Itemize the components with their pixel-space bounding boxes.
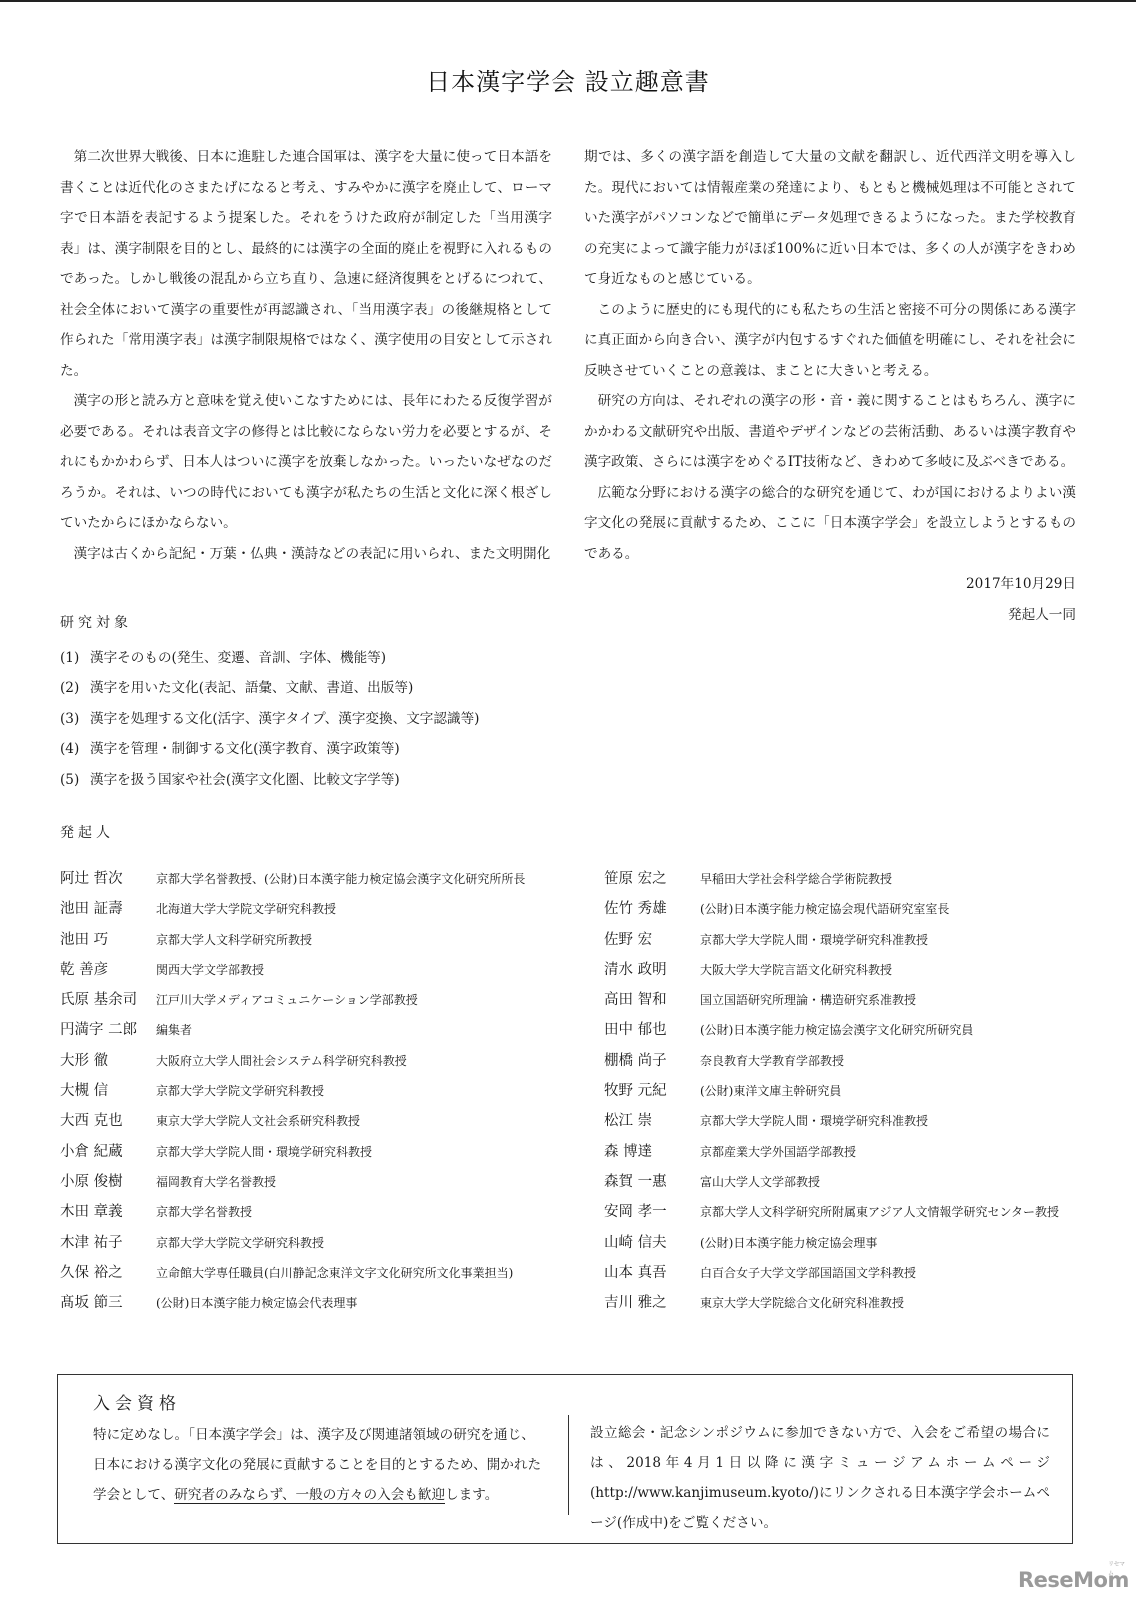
founder-row: 小倉 紀蔵京都大学大学院人間・環境学研究科教授: [60, 1137, 525, 1167]
founder-affiliation: 東京大学大学院人文社会系研究科教授: [156, 1114, 360, 1128]
founder-name: 佐野 宏: [604, 925, 700, 955]
founder-row: 大形 徹大阪府立大学人間社会システム科学研究科教授: [60, 1046, 525, 1076]
founder-affiliation: 白百合女子大学文学部国語国文学科教授: [700, 1266, 916, 1280]
membership-application-text: 設立総会・記念シンポジウムに参加できない方で、入会をご希望の場合には、2018年…: [590, 1418, 1050, 1538]
founder-row: 吉川 雅之東京大学大学院総合文化研究科准教授: [604, 1288, 1059, 1318]
founder-row: 田中 郁也(公財)日本漢字能力検定協会漢字文化研究所研究員: [604, 1015, 1059, 1045]
founder-name: 氏原 基余司: [60, 985, 156, 1015]
founder-affiliation: 編集者: [156, 1023, 192, 1037]
founder-name: 髙坂 節三: [60, 1288, 156, 1318]
founder-name: 阿辻 哲次: [60, 864, 156, 894]
founder-affiliation: (公財)日本漢字能力検定協会理事: [700, 1236, 877, 1250]
founder-affiliation: 京都産業大学外国語学部教授: [700, 1145, 856, 1159]
membership-box: 入会資格 特に定めなし。「日本漢字学会」は、漢字及び関連諸領域の研究を通じ、日本…: [57, 1374, 1073, 1544]
founder-name: 牧野 元紀: [604, 1076, 700, 1106]
research-target-item: (1)漢字そのもの(発生、変遷、音訓、字体、機能等): [60, 643, 479, 673]
founder-affiliation: 京都大学大学院人間・環境学研究科准教授: [700, 933, 928, 947]
founder-row: 棚橋 尚子奈良教育大学教育学部教授: [604, 1046, 1059, 1076]
founder-name: 大西 克也: [60, 1106, 156, 1136]
founder-name: 池田 巧: [60, 925, 156, 955]
founder-name: 大槻 信: [60, 1076, 156, 1106]
founder-name: 大形 徹: [60, 1046, 156, 1076]
founder-row: 木田 章義京都大学名誉教授: [60, 1197, 525, 1227]
founder-affiliation: (公財)日本漢字能力検定協会漢字文化研究所研究員: [700, 1023, 973, 1037]
founder-row: 牧野 元紀(公財)東洋文庫主幹研究員: [604, 1076, 1059, 1106]
founder-affiliation: 早稲田大学社会科学総合学術院教授: [700, 872, 892, 886]
membership-eligibility-text: 特に定めなし。「日本漢字学会」は、漢字及び関連諸領域の研究を通じ、日本における漢…: [93, 1420, 548, 1510]
item-number: (4): [60, 734, 90, 764]
founder-row: 大槻 信京都大学大学院文学研究科教授: [60, 1076, 525, 1106]
prospectus-paragraph: 漢字の形と読み方と意味を覚え使いこなすためには、長年にわたる反復学習が必要である…: [60, 386, 552, 539]
founder-row: 大西 克也東京大学大学院人文社会系研究科教授: [60, 1106, 525, 1136]
founder-affiliation: 京都大学大学院人間・環境学研究科教授: [156, 1145, 372, 1159]
founder-affiliation: 江戸川大学メディアコミュニケーション学部教授: [156, 993, 418, 1007]
founder-affiliation: 京都大学人文科学研究所教授: [156, 933, 312, 947]
membership-heading: 入会資格: [93, 1389, 181, 1414]
founder-affiliation: 京都大学名誉教授: [156, 1205, 252, 1219]
founder-row: 阿辻 哲次京都大学名誉教授、(公財)日本漢字能力検定協会漢字文化研究所所長: [60, 864, 525, 894]
founder-row: 佐野 宏京都大学大学院人間・環境学研究科准教授: [604, 925, 1059, 955]
resemom-logo: ReseMom リセマム: [1018, 1568, 1129, 1592]
founder-affiliation: 福岡教育大学名誉教授: [156, 1175, 276, 1189]
prospectus-paragraph: 漢字は古くから記紀・万葉・仏典・漢詩などの表記に用いられ、また文明開化: [60, 539, 552, 570]
founder-affiliation: 京都大学大学院人間・環境学研究科准教授: [700, 1114, 928, 1128]
founder-row: 笹原 宏之早稲田大学社会科学総合学術院教授: [604, 864, 1059, 894]
research-targets-heading: 研究対象: [60, 612, 132, 632]
prospectus-right-column: 期では、多くの漢字語を創造して大量の文献を翻訳し、近代西洋文明を導入した。現代に…: [584, 142, 1076, 630]
research-targets-list: (1)漢字そのもの(発生、変遷、音訓、字体、機能等) (2)漢字を用いた文化(表…: [60, 643, 479, 795]
founder-affiliation: 北海道大学大学院文学研究科教授: [156, 902, 336, 916]
founder-name: 高田 智和: [604, 985, 700, 1015]
item-text: 漢字を扱う国家や社会(漢字文化圏、比較文字学等): [90, 772, 400, 788]
founder-affiliation: 東京大学大学院総合文化研究科准教授: [700, 1296, 904, 1310]
founder-row: 円満字 二郎編集者: [60, 1015, 525, 1045]
founder-name: 小倉 紀蔵: [60, 1137, 156, 1167]
founder-affiliation: 大阪大学大学院言語文化研究科教授: [700, 963, 892, 977]
founder-affiliation: 京都大学大学院文学研究科教授: [156, 1236, 324, 1250]
founders-right-list: 笹原 宏之早稲田大学社会科学総合学術院教授 佐竹 秀雄(公財)日本漢字能力検定協…: [604, 864, 1059, 1318]
founder-name: 森賀 一惠: [604, 1167, 700, 1197]
founder-name: 笹原 宏之: [604, 864, 700, 894]
item-text: 漢字そのもの(発生、変遷、音訓、字体、機能等): [90, 650, 386, 666]
founder-name: 安岡 孝一: [604, 1197, 700, 1227]
founder-name: 佐竹 秀雄: [604, 894, 700, 924]
founder-name: 棚橋 尚子: [604, 1046, 700, 1076]
logo-ruby: リセマム: [1108, 1559, 1129, 1577]
item-number: (3): [60, 704, 90, 734]
founder-affiliation: 大阪府立大学人間社会システム科学研究科教授: [156, 1054, 407, 1068]
founder-row: 氏原 基余司江戸川大学メディアコミュニケーション学部教授: [60, 985, 525, 1015]
prospectus-date: 2017年10月29日: [584, 569, 1076, 600]
founder-row: 髙坂 節三(公財)日本漢字能力検定協会代表理事: [60, 1288, 525, 1318]
research-target-item: (4)漢字を管理・制御する文化(漢字教育、漢字政策等): [60, 734, 479, 764]
founder-row: 乾 善彦関西大学文学部教授: [60, 955, 525, 985]
founder-row: 安岡 孝一京都大学人文科学研究所附属東アジア人文情報学研究センター教授: [604, 1197, 1059, 1227]
research-target-item: (3)漢字を処理する文化(活字、漢字タイプ、漢字変換、文字認識等): [60, 704, 479, 734]
founder-row: 森 博達京都産業大学外国語学部教授: [604, 1137, 1059, 1167]
item-text: 漢字を処理する文化(活字、漢字タイプ、漢字変換、文字認識等): [90, 711, 479, 727]
founder-row: 森賀 一惠富山大学人文学部教授: [604, 1167, 1059, 1197]
top-rule: [0, 0, 1136, 2]
founder-affiliation: 京都大学名誉教授、(公財)日本漢字能力検定協会漢字文化研究所所長: [156, 872, 525, 886]
founder-name: 吉川 雅之: [604, 1288, 700, 1318]
prospectus-paragraph: 第二次世界大戦後、日本に進駐した連合国軍は、漢字を大量に使って日本語を書くことは…: [60, 142, 552, 386]
founder-affiliation: 関西大学文学部教授: [156, 963, 264, 977]
item-number: (2): [60, 673, 90, 703]
founder-affiliation: 奈良教育大学教育学部教授: [700, 1054, 844, 1068]
research-target-item: (2)漢字を用いた文化(表記、語彙、文献、書道、出版等): [60, 673, 479, 703]
research-target-item: (5)漢字を扱う国家や社会(漢字文化圏、比較文字学等): [60, 765, 479, 795]
founder-affiliation: 京都大学人文科学研究所附属東アジア人文情報学研究センター教授: [700, 1205, 1059, 1219]
item-number: (5): [60, 765, 90, 795]
founder-affiliation: (公財)日本漢字能力検定協会代表理事: [156, 1296, 357, 1310]
founder-affiliation: (公財)東洋文庫主幹研究員: [700, 1084, 841, 1098]
prospectus-paragraph: 期では、多くの漢字語を創造して大量の文献を翻訳し、近代西洋文明を導入した。現代に…: [584, 142, 1076, 295]
founder-affiliation: 国立国語研究所理論・構造研究系准教授: [700, 993, 916, 1007]
founder-name: 松江 崇: [604, 1106, 700, 1136]
item-number: (1): [60, 643, 90, 673]
founder-affiliation: 京都大学大学院文学研究科教授: [156, 1084, 324, 1098]
founder-row: 松江 崇京都大学大学院人間・環境学研究科准教授: [604, 1106, 1059, 1136]
founder-name: 清水 政明: [604, 955, 700, 985]
founder-name: 小原 俊樹: [60, 1167, 156, 1197]
founder-row: 池田 巧京都大学人文科学研究所教授: [60, 925, 525, 955]
founder-affiliation: 富山大学人文学部教授: [700, 1175, 820, 1189]
founder-name: 円満字 二郎: [60, 1015, 156, 1045]
page-title: 日本漢字学会 設立趣意書: [0, 62, 1136, 97]
founder-name: 池田 証壽: [60, 894, 156, 924]
founder-row: 小原 俊樹福岡教育大学名誉教授: [60, 1167, 525, 1197]
founder-row: 清水 政明大阪大学大学院言語文化研究科教授: [604, 955, 1059, 985]
prospectus-paragraph: 研究の方向は、それぞれの漢字の形・音・義に関することはもちろん、漢字にかかわる文…: [584, 386, 1076, 478]
founder-name: 久保 裕之: [60, 1258, 156, 1288]
founders-left-list: 阿辻 哲次京都大学名誉教授、(公財)日本漢字能力検定協会漢字文化研究所所長 池田…: [60, 864, 525, 1318]
founder-name: 木津 祐子: [60, 1228, 156, 1258]
founder-affiliation: 立命館大学専任職員(白川静記念東洋文字文化研究所文化事業担当): [156, 1266, 513, 1280]
vertical-divider: [568, 1415, 569, 1515]
item-text: 漢字を用いた文化(表記、語彙、文献、書道、出版等): [90, 680, 413, 696]
founder-name: 乾 善彦: [60, 955, 156, 985]
founder-row: 久保 裕之立命館大学専任職員(白川静記念東洋文字文化研究所文化事業担当): [60, 1258, 525, 1288]
founder-name: 山崎 信夫: [604, 1228, 700, 1258]
founder-name: 田中 郁也: [604, 1015, 700, 1045]
prospectus-signature: 発起人一同: [584, 600, 1076, 631]
founder-name: 木田 章義: [60, 1197, 156, 1227]
founder-row: 木津 祐子京都大学大学院文学研究科教授: [60, 1228, 525, 1258]
founder-row: 池田 証壽北海道大学大学院文学研究科教授: [60, 894, 525, 924]
prospectus-left-column: 第二次世界大戦後、日本に進駐した連合国軍は、漢字を大量に使って日本語を書くことは…: [60, 142, 552, 569]
prospectus-paragraph: 広範な分野における漢字の総合的な研究を通じて、わが国におけるよりよい漢字文化の発…: [584, 478, 1076, 570]
eligibility-underlined-text: 研究者のみならず、一般の方々の入会も歓迎: [174, 1487, 445, 1504]
founder-row: 高田 智和国立国語研究所理論・構造研究系准教授: [604, 985, 1059, 1015]
item-text: 漢字を管理・制御する文化(漢字教育、漢字政策等): [90, 741, 400, 757]
founder-row: 山崎 信夫(公財)日本漢字能力検定協会理事: [604, 1228, 1059, 1258]
founder-affiliation: (公財)日本漢字能力検定協会現代語研究室室長: [700, 902, 949, 916]
founder-row: 佐竹 秀雄(公財)日本漢字能力検定協会現代語研究室室長: [604, 894, 1059, 924]
founder-name: 山本 真吾: [604, 1258, 700, 1288]
founder-name: 森 博達: [604, 1137, 700, 1167]
eligibility-text-part: します。: [445, 1487, 498, 1503]
founders-heading: 発起人: [60, 822, 114, 842]
prospectus-paragraph: このように歴史的にも現代的にも私たちの生活と密接不可分の関係にある漢字に真正面か…: [584, 295, 1076, 387]
founder-row: 山本 真吾白百合女子大学文学部国語国文学科教授: [604, 1258, 1059, 1288]
